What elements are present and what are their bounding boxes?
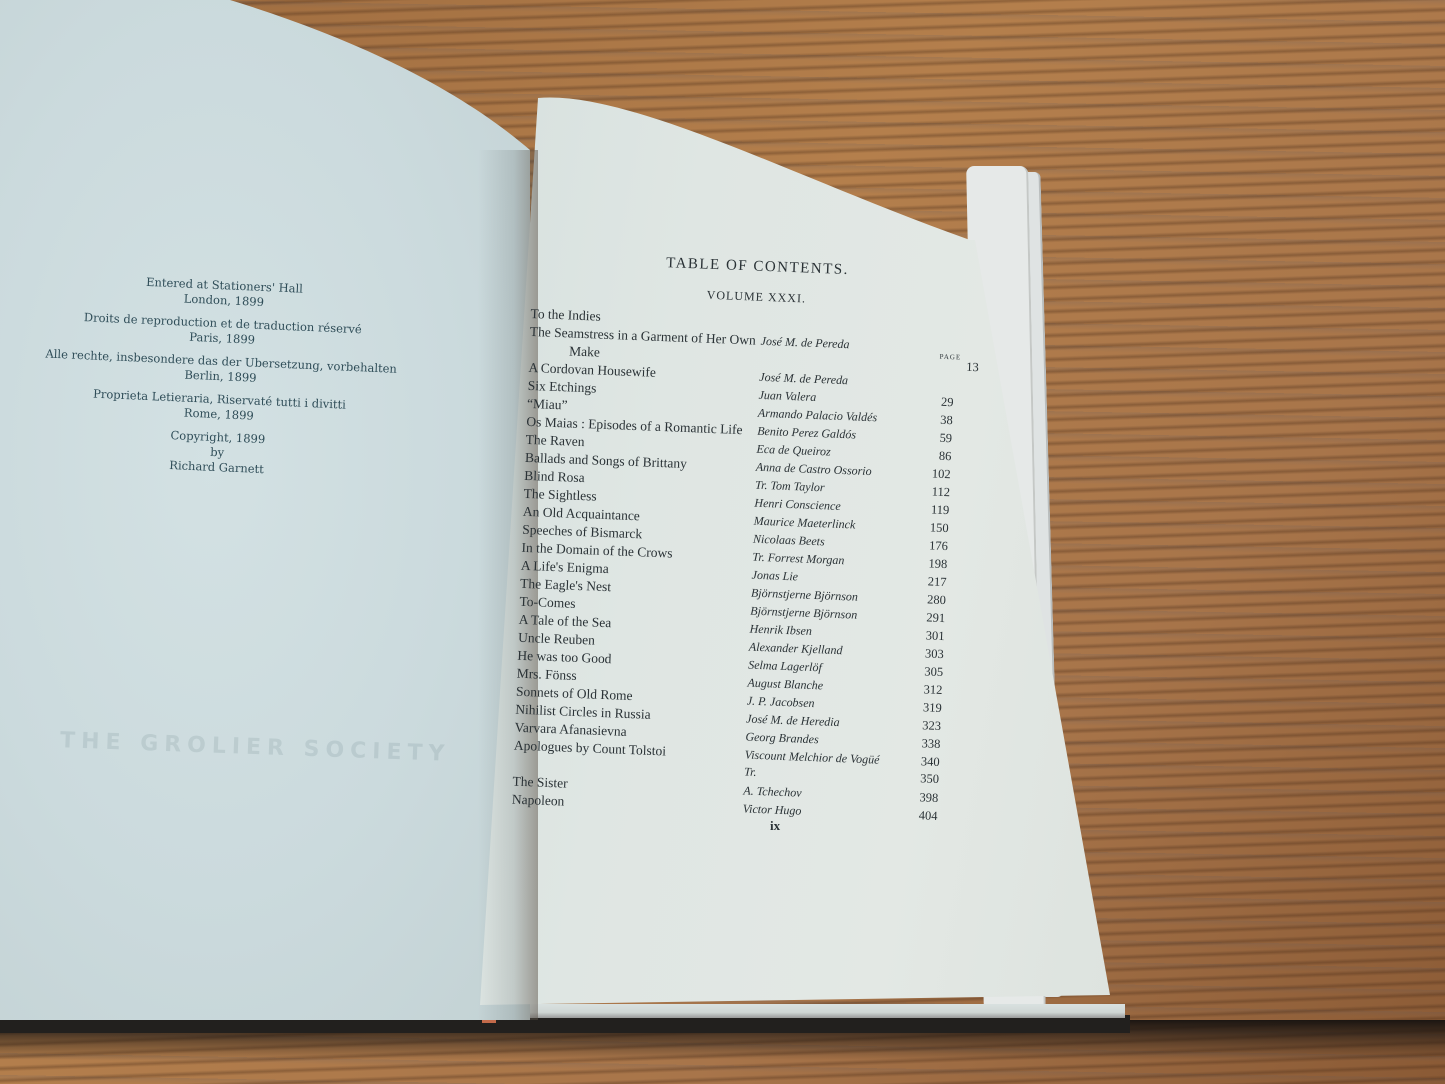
entry-page: 340: [899, 753, 940, 770]
entry-page: 323: [901, 717, 942, 734]
entry-page: 150: [908, 520, 949, 537]
entry-page: 86: [911, 448, 952, 465]
entry-page: [914, 387, 954, 389]
copyright-notice: Entered at Stationers' Hall London, 1899…: [26, 270, 415, 491]
entry-page: 305: [903, 664, 944, 681]
entry-page: 102: [910, 466, 951, 483]
entry-page: 404: [897, 807, 938, 824]
entry-page: 303: [904, 646, 945, 663]
entry-page: [916, 333, 956, 335]
entry-page: 301: [904, 628, 945, 645]
table-of-contents: TABLE OF CONTENTS. VOLUME XXXI. PAGE To …: [512, 250, 983, 827]
copyright-holder: Copyright, 1899 by Richard Garnett: [26, 422, 408, 484]
entry-page: 198: [907, 556, 948, 573]
entry-page: 280: [906, 592, 947, 609]
entry-page: 119: [909, 502, 950, 519]
entry-author: [785, 364, 940, 370]
left-page: [0, 0, 530, 1020]
entry-page: 312: [902, 682, 943, 699]
entry-page: 112: [910, 484, 951, 501]
toc-list: To the IndiesThe Seamstress in a Garment…: [512, 306, 981, 827]
entry-page: 350: [899, 770, 940, 787]
entry-page: 217: [906, 574, 947, 591]
entry-page: 29: [913, 394, 954, 411]
entry-page: 291: [905, 610, 946, 627]
page-column-header: PAGE: [939, 353, 961, 362]
entry-page: 59: [912, 430, 953, 447]
entry-page: 176: [908, 538, 949, 555]
entry-page: 319: [901, 699, 942, 716]
entry-page: 38: [912, 412, 953, 429]
entry-page: [915, 351, 955, 353]
entry-page: 338: [900, 735, 941, 752]
entry-page: 398: [898, 789, 939, 806]
page-number: ix: [770, 818, 780, 834]
entry-author: [755, 327, 916, 333]
